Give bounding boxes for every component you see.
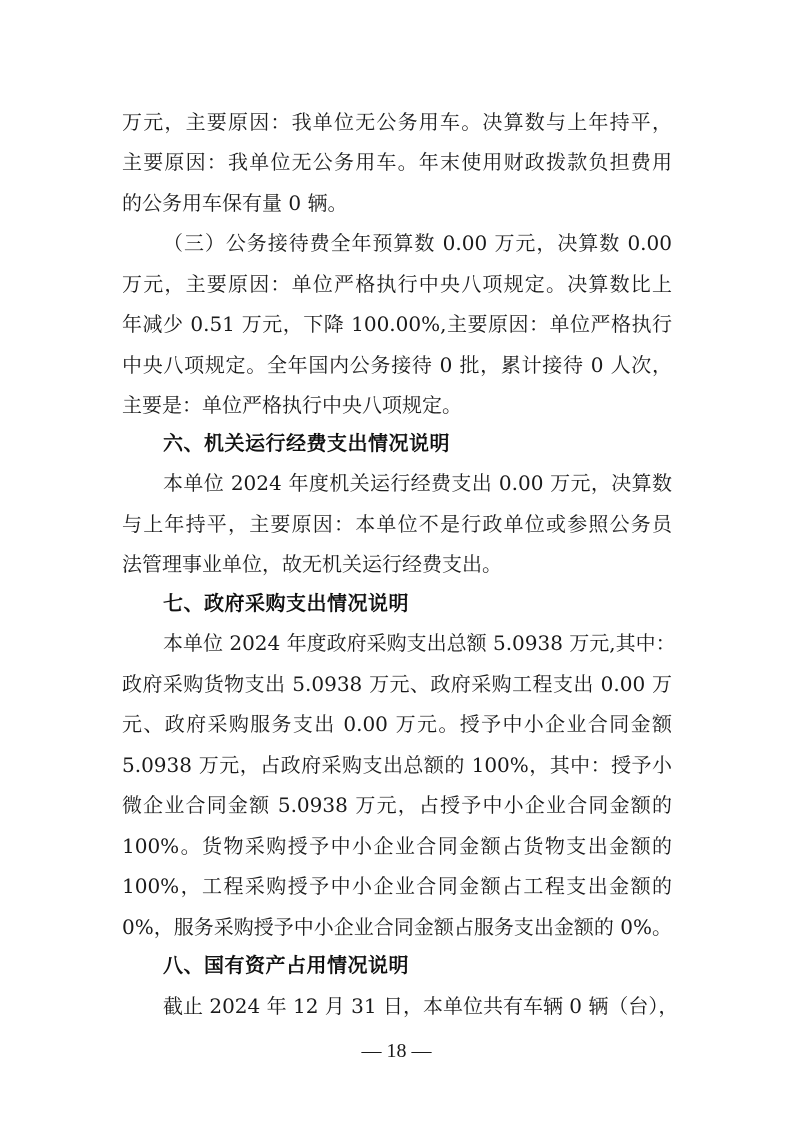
- body-line: 本单位 2024 年度政府采购支出总额 5.0938 万元,其中：: [163, 628, 672, 658]
- body-line: 政府采购货物支出 5.0938 万元、政府采购工程支出 0.00 万: [122, 669, 672, 699]
- body-line: 万元，主要原因：单位严格执行中央八项规定。决算数比上: [122, 269, 672, 299]
- page-number: — 18 —: [0, 1040, 793, 1063]
- body-line: 微企业合同金额 5.0938 万元，占授予中小企业合同金额的: [122, 790, 672, 820]
- body-line: 截止 2024 年 12 月 31 日，本单位共有车辆 0 辆（台），: [163, 991, 672, 1021]
- body-line: 法管理事业单位，故无机关运行经费支出。: [122, 549, 672, 579]
- body-line: 与上年持平，主要原因：本单位不是行政单位或参照公务员: [122, 509, 672, 539]
- body-line: 5.0938 万元，占政府采购支出总额的 100%，其中：授予小: [122, 750, 672, 780]
- body-line: 中央八项规定。全年国内公务接待 0 批，累计接待 0 人次，: [122, 350, 672, 380]
- body-line: 万元，主要原因：我单位无公务用车。决算数与上年持平，: [122, 107, 672, 137]
- section-heading-8: 八、国有资产占用情况说明: [163, 950, 409, 980]
- body-line: 主要是：单位严格执行中央八项规定。: [122, 390, 672, 420]
- body-line: 100%。货物采购授予中小企业合同金额占货物支出金额的: [122, 831, 672, 861]
- section-heading-6: 六、机关运行经费支出情况说明: [163, 428, 450, 458]
- body-line: 的公务用车保有量 0 辆。: [122, 188, 672, 218]
- document-page: 万元，主要原因：我单位无公务用车。决算数与上年持平， 主要原因：我单位无公务用车…: [0, 0, 793, 1122]
- body-line: 100%，工程采购授予中小企业合同金额占工程支出金额的: [122, 871, 672, 901]
- body-line: （三）公务接待费全年预算数 0.00 万元，决算数 0.00: [163, 228, 672, 258]
- body-line: 0%，服务采购授予中小企业合同金额占服务支出金额的 0%。: [122, 912, 672, 942]
- body-line: 主要原因：我单位无公务用车。年末使用财政拨款负担费用: [122, 147, 672, 177]
- body-line: 元、政府采购服务支出 0.00 万元。授予中小企业合同金额: [122, 709, 672, 739]
- body-line: 本单位 2024 年度机关运行经费支出 0.00 万元，决算数: [163, 468, 672, 498]
- section-heading-7: 七、政府采购支出情况说明: [163, 588, 409, 618]
- body-line: 年减少 0.51 万元，下降 100.00%,主要原因：单位严格执行: [122, 309, 672, 339]
